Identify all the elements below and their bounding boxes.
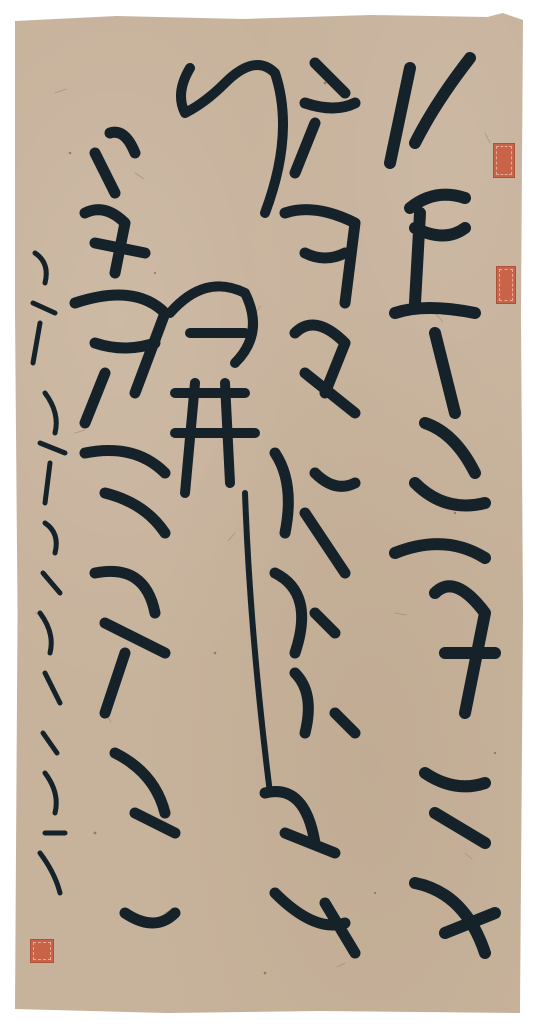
text-column-2 [265,63,355,953]
seal-middle-right [496,266,516,304]
ink-strokes [15,13,523,1013]
seal-upper-right [493,143,515,178]
calligraphy-paper [15,13,523,1013]
text-column-1 [390,58,495,953]
text-column-4 [75,132,175,923]
seal-bottom-left [30,939,54,963]
signature-column [33,253,65,893]
text-column-3 [170,65,283,793]
